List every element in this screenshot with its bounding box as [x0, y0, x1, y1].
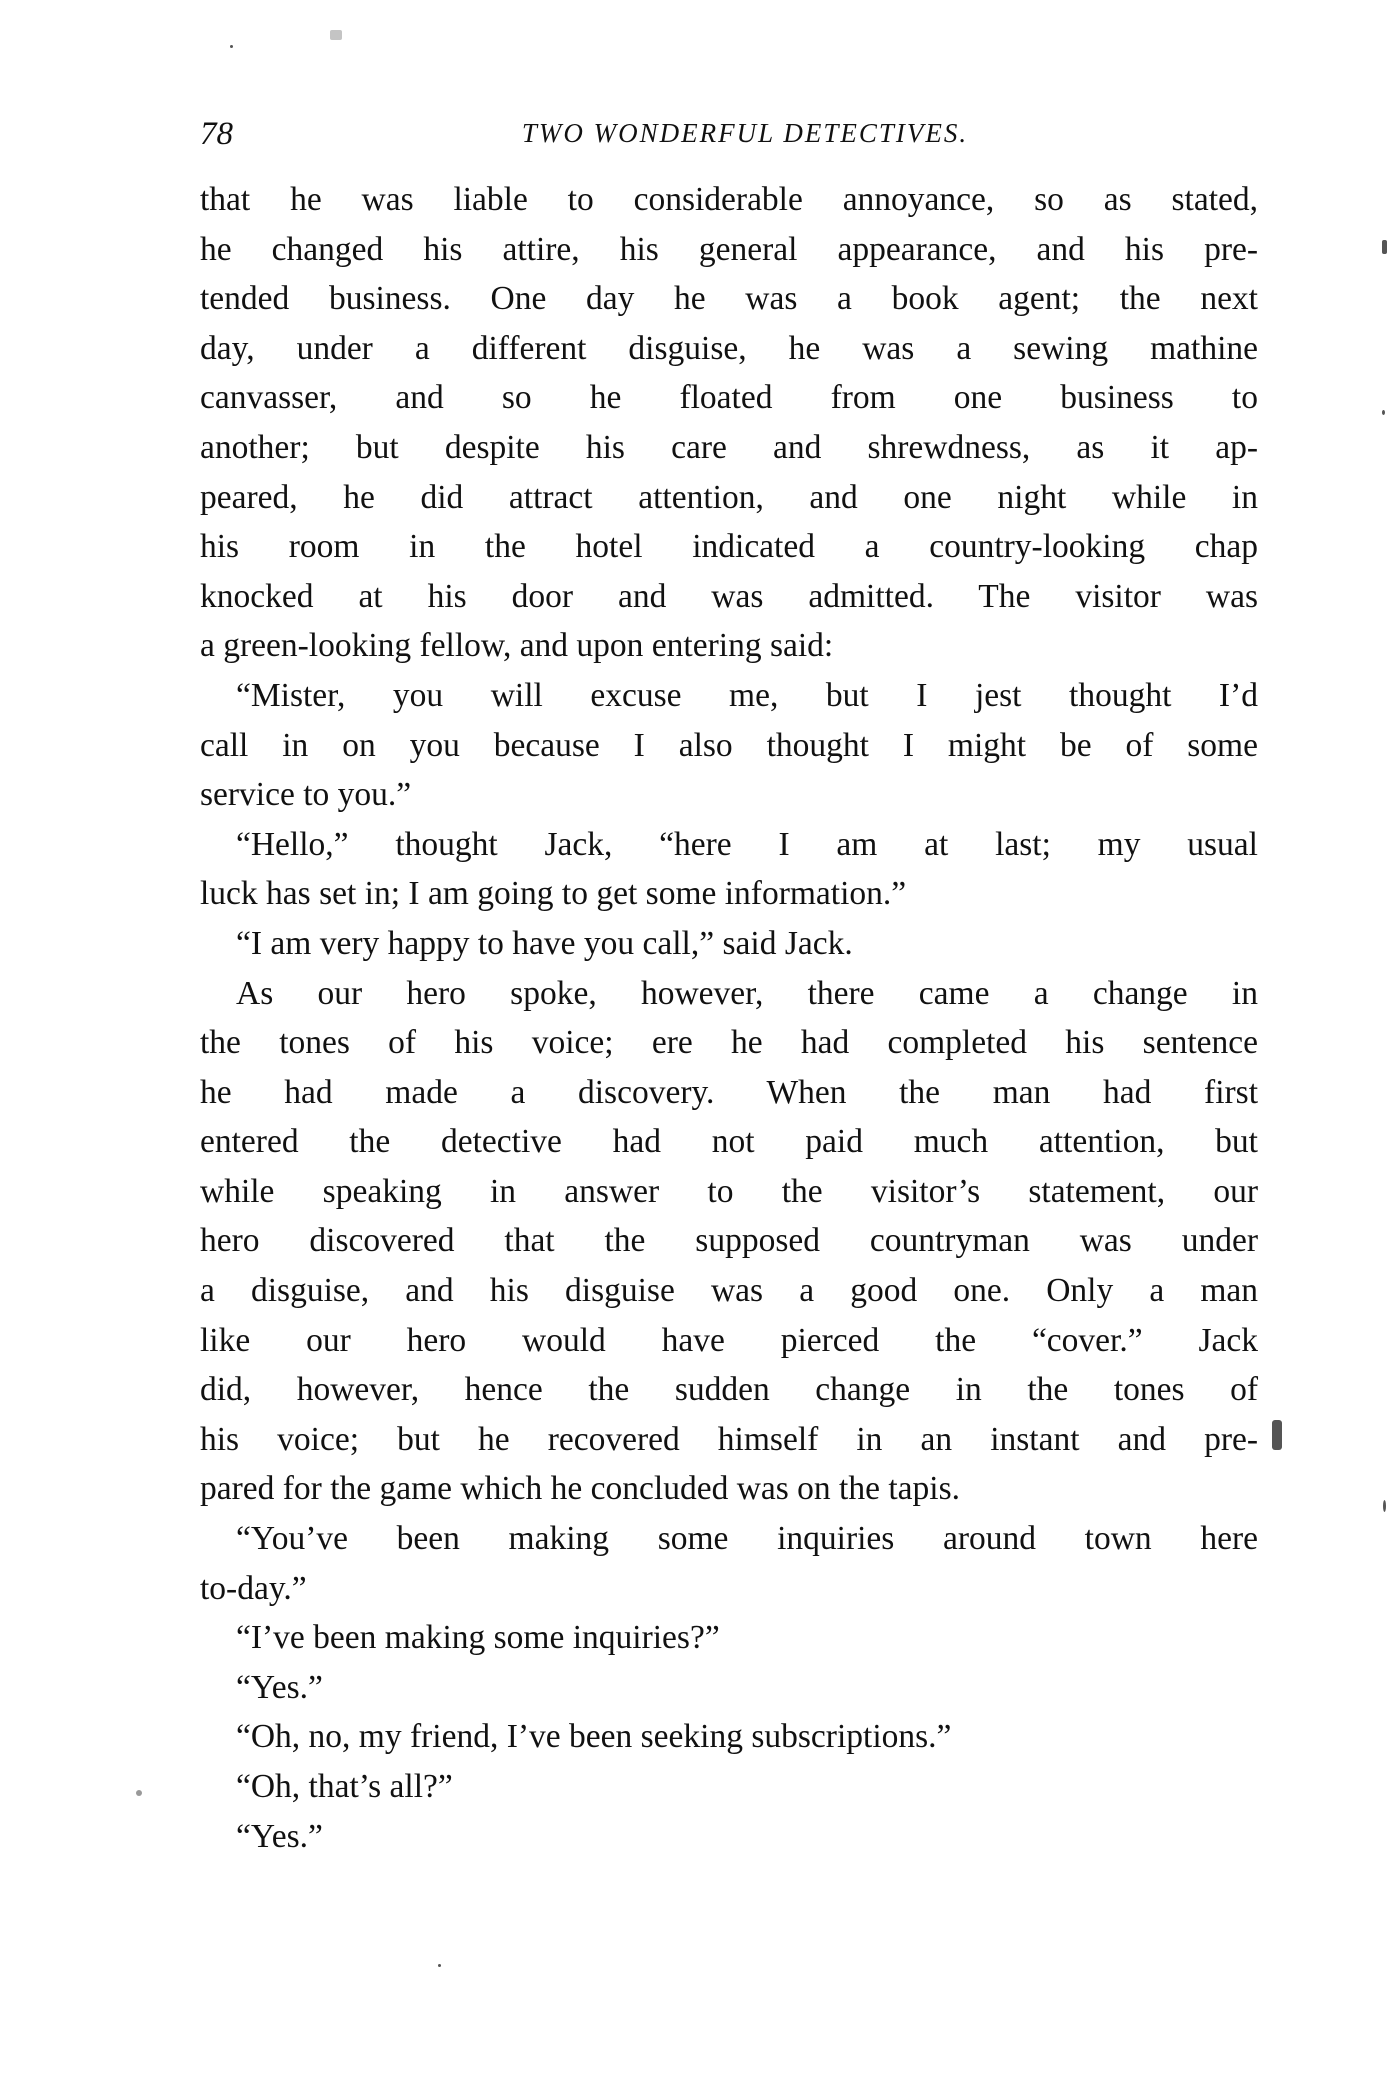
text-line: a green-looking fellow, and upon enterin… [200, 621, 1258, 671]
scan-speck [1382, 240, 1387, 254]
scan-speck [230, 45, 233, 48]
text-line: while speaking in answer to the visitor’… [200, 1167, 1258, 1217]
scan-speck [1272, 1420, 1282, 1450]
text-line: tended business. One day he was a book a… [200, 274, 1258, 324]
text-line: his voice; but he recovered himself in a… [200, 1415, 1258, 1465]
text-line: that he was liable to considerable annoy… [200, 175, 1258, 225]
text-line: day, under a different disguise, he was … [200, 324, 1258, 374]
text-line: another; but despite his care and shrewd… [200, 423, 1258, 473]
running-header: 78 TWO WONDERFUL DETECTIVES. [200, 116, 1260, 166]
text-line: the tones of his voice; ere he had compl… [200, 1018, 1258, 1068]
text-line: “You’ve been making some inquiries aroun… [200, 1514, 1258, 1564]
text-line: luck has set in; I am going to get some … [200, 869, 1258, 919]
text-line: knocked at his door and was admitted. Th… [200, 572, 1258, 622]
running-title: TWO WONDERFUL DETECTIVES. [200, 118, 1260, 149]
text-line: to-day.” [200, 1564, 1258, 1614]
scan-speck [1382, 410, 1385, 415]
text-line: As our hero spoke, however, there came a… [200, 969, 1258, 1019]
text-line: his room in the hotel indicated a countr… [200, 522, 1258, 572]
page-body: that he was liable to considerable annoy… [200, 175, 1258, 1861]
text-line: hero discovered that the supposed countr… [200, 1216, 1258, 1266]
text-line: service to you.” [200, 770, 1258, 820]
text-line: “Oh, that’s all?” [200, 1762, 1258, 1812]
text-line: he changed his attire, his general appea… [200, 225, 1258, 275]
text-line: “I’ve been making some inquiries?” [200, 1613, 1258, 1663]
scan-speck [438, 1964, 441, 1967]
text-line: “Yes.” [200, 1812, 1258, 1862]
text-line: “Yes.” [200, 1663, 1258, 1713]
scan-speck [1383, 1500, 1386, 1512]
text-line: “I am very happy to have you call,” said… [200, 919, 1258, 969]
text-line: canvasser, and so he floated from one bu… [200, 373, 1258, 423]
text-line: call in on you because I also thought I … [200, 721, 1258, 771]
text-line: a disguise, and his disguise was a good … [200, 1266, 1258, 1316]
text-line: peared, he did attract attention, and on… [200, 473, 1258, 523]
text-line: like our hero would have pierced the “co… [200, 1316, 1258, 1366]
text-line: did, however, hence the sudden change in… [200, 1365, 1258, 1415]
text-line: “Hello,” thought Jack, “here I am at las… [200, 820, 1258, 870]
scan-speck [136, 1790, 142, 1796]
text-line: “Mister, you will excuse me, but I jest … [200, 671, 1258, 721]
text-line: pared for the game which he concluded wa… [200, 1464, 1258, 1514]
text-line: he had made a discovery. When the man ha… [200, 1068, 1258, 1118]
text-line: “Oh, no, my friend, I’ve been seeking su… [200, 1712, 1258, 1762]
text-line: entered the detective had not paid much … [200, 1117, 1258, 1167]
scan-speck [330, 30, 342, 40]
